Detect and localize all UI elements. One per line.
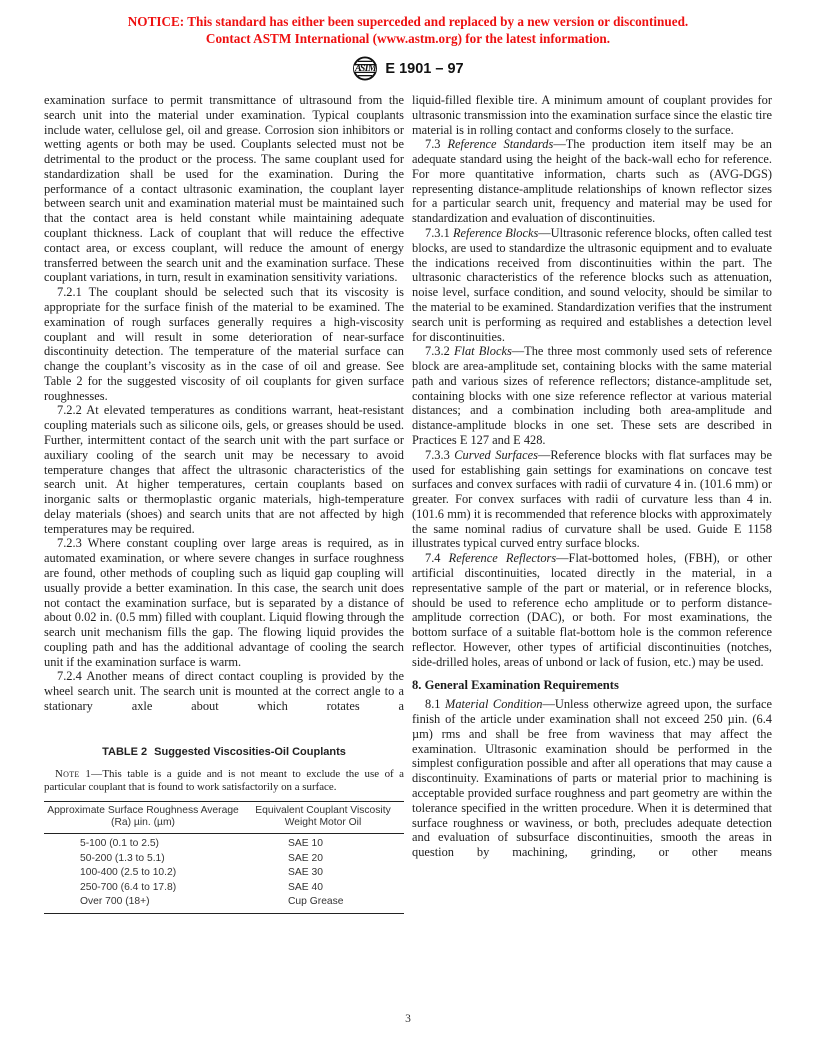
table-2: TABLE 2Suggested Viscosities-Oil Couplan… (44, 745, 404, 914)
right-column: liquid-filled flexible tire. A minimum a… (412, 93, 772, 914)
cell-viscosity: Cup Grease (242, 895, 404, 913)
paragraph-number: 8.1 (425, 697, 445, 711)
paragraph-7-3: 7.3 Reference Standards—The production i… (412, 137, 772, 226)
standard-designation: E 1901 – 97 (385, 61, 463, 77)
cell-roughness: 5-100 (0.1 to 2.5) (44, 833, 242, 851)
paragraph-7-4: 7.4 Reference Reflectors—Flat-bottomed h… (412, 551, 772, 669)
paragraph-number: 7.3.3 (425, 448, 454, 462)
paragraph-text: liquid-filled flexible tire. A minimum a… (412, 93, 772, 137)
paragraph-text: —The three most commonly used sets of re… (412, 344, 772, 447)
paragraph-number: 7.2.2 (57, 403, 86, 417)
paragraph-text: —Reference blocks with flat surfaces may… (412, 448, 772, 551)
paragraph-7-3-2: 7.3.2 Flat Blocks—The three most commonl… (412, 344, 772, 447)
document-page: NOTICE: This standard has either been su… (0, 0, 816, 1056)
notice-line-2: Contact ASTM International (www.astm.org… (0, 30, 816, 47)
table-header-row: Approximate Surface Roughness Average (R… (44, 801, 404, 833)
paragraph-text: The couplant should be selected such tha… (44, 285, 404, 402)
paragraph-lead: Reference Reflectors (449, 551, 556, 565)
table-2-title: TABLE 2Suggested Viscosities-Oil Couplan… (44, 745, 404, 760)
paragraph-number: 7.3.1 (425, 226, 453, 240)
paragraph-number: 7.2.1 (57, 285, 89, 299)
paragraph-lead: Reference Standards (447, 137, 553, 151)
table-2-note: Note 1—This table is a guide and is not … (44, 768, 404, 795)
cell-viscosity: SAE 20 (242, 852, 404, 867)
cell-roughness: 250-700 (6.4 to 17.8) (44, 881, 242, 896)
header-line: Equivalent Couplant Viscosity (244, 805, 402, 818)
paragraph-7-2-3: 7.2.3 Where constant coupling over large… (44, 536, 404, 669)
paragraph-7-2-4: 7.2.4 Another means of direct contact co… (44, 669, 404, 713)
left-column: examination surface to permit transmitta… (44, 93, 404, 914)
paragraph-7-3-1: 7.3.1 Reference Blocks—Ultrasonic refere… (412, 226, 772, 344)
header-line: (Ra) µin. (µm) (46, 817, 240, 830)
cell-viscosity: SAE 10 (242, 833, 404, 851)
table-2-caption: Suggested Viscosities-Oil Couplants (154, 746, 346, 758)
cell-roughness: 50-200 (1.3 to 5.1) (44, 852, 242, 867)
paragraph-text: At elevated temperatures as conditions w… (44, 403, 404, 535)
paragraph-lead: Flat Blocks (454, 344, 512, 358)
paragraph-number: 7.2.3 (57, 536, 88, 550)
cell-viscosity: SAE 30 (242, 866, 404, 881)
paragraph-continuation: liquid-filled flexible tire. A minimum a… (412, 93, 772, 137)
table-row: 5-100 (0.1 to 2.5) SAE 10 (44, 833, 404, 851)
table-row: 50-200 (1.3 to 5.1) SAE 20 (44, 852, 404, 867)
header-line: Weight Motor Oil (244, 817, 402, 830)
supersede-notice: NOTICE: This standard has either been su… (0, 0, 816, 47)
paragraph-lead: Reference Blocks (453, 226, 538, 240)
table-2-grid: Approximate Surface Roughness Average (R… (44, 801, 404, 914)
paragraph-continuation: examination surface to permit transmitta… (44, 93, 404, 285)
paragraph-7-2-2: 7.2.2 At elevated temperatures as condit… (44, 403, 404, 536)
masthead: ASTM E 1901 – 97 (0, 55, 816, 82)
table-2-label: TABLE 2 (102, 746, 147, 758)
cell-roughness: 100-400 (2.5 to 10.2) (44, 866, 242, 881)
paragraph-8-1: 8.1 Material Condition—Unless otherwize … (412, 697, 772, 860)
paragraph-7-2-1: 7.2.1 The couplant should be selected su… (44, 285, 404, 403)
cell-roughness: Over 700 (18+) (44, 895, 242, 913)
paragraph-7-3-3: 7.3.3 Curved Surfaces—Reference blocks w… (412, 448, 772, 551)
cell-viscosity: SAE 40 (242, 881, 404, 896)
paragraph-text: —Unless otherwize agreed upon, the surfa… (412, 697, 772, 859)
svg-text:ASTM: ASTM (354, 63, 377, 74)
two-column-body: examination surface to permit transmitta… (0, 93, 816, 914)
section-8-heading: 8. General Examination Requirements (412, 678, 772, 693)
notice-line-1: NOTICE: This standard has either been su… (0, 13, 816, 30)
paragraph-number: 7.2.4 (57, 669, 86, 683)
paragraph-number: 7.3 (425, 137, 447, 151)
table-2-note-label: Note 1— (55, 768, 102, 780)
table-row: Over 700 (18+) Cup Grease (44, 895, 404, 913)
paragraph-number: 7.4 (425, 551, 449, 565)
paragraph-text: —Flat-bottomed holes, (FBH), or other ar… (412, 551, 772, 668)
astm-logo: ASTM (352, 55, 378, 82)
paragraph-lead: Material Condition (445, 697, 542, 711)
table-row: 250-700 (6.4 to 17.8) SAE 40 (44, 881, 404, 896)
paragraph-text: —Ultrasonic reference blocks, often call… (412, 226, 772, 343)
paragraph-text: Where constant coupling over large areas… (44, 536, 404, 668)
paragraph-number: 7.3.2 (425, 344, 454, 358)
table-header-roughness: Approximate Surface Roughness Average (R… (44, 801, 242, 833)
paragraph-lead: Curved Surfaces (454, 448, 538, 462)
paragraph-text: examination surface to permit transmitta… (44, 93, 404, 284)
header-line: Approximate Surface Roughness Average (46, 805, 240, 818)
table-row: 100-400 (2.5 to 10.2) SAE 30 (44, 866, 404, 881)
paragraph-text: Another means of direct contact coupling… (44, 669, 404, 713)
page-number: 3 (0, 1013, 816, 1025)
table-header-viscosity: Equivalent Couplant Viscosity Weight Mot… (242, 801, 404, 833)
